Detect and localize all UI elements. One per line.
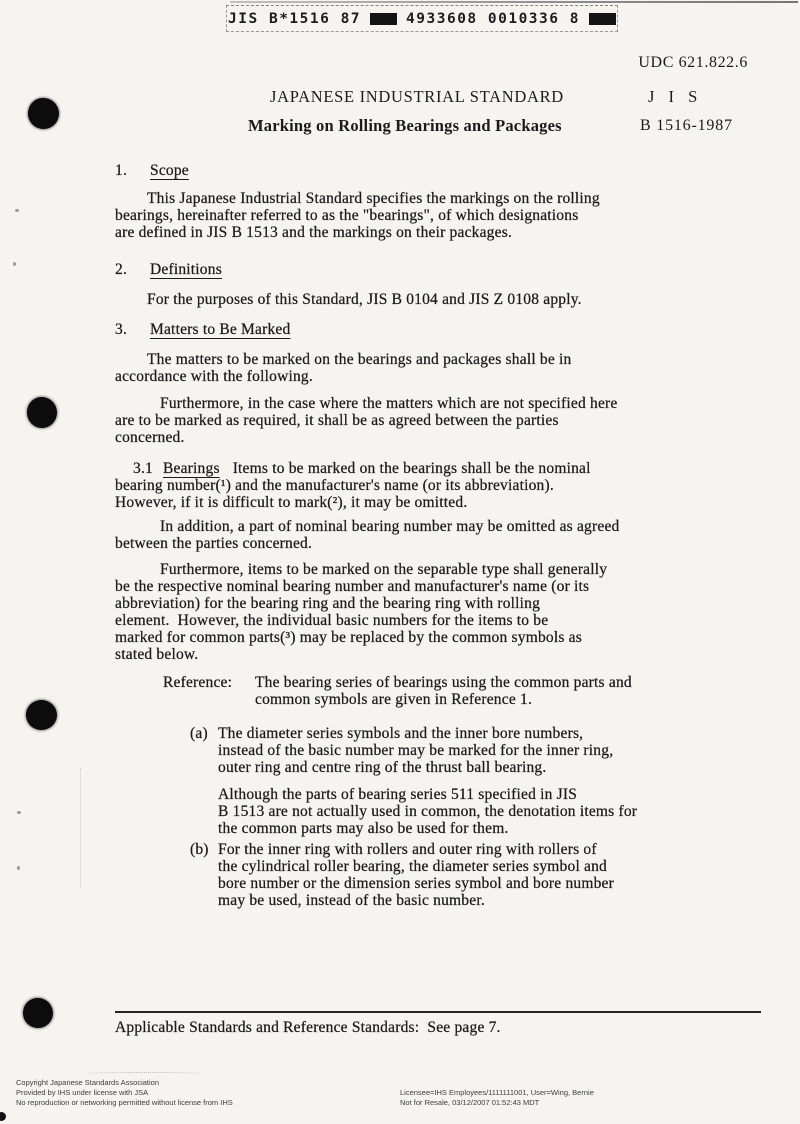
punch-hole (25, 698, 59, 731)
paragraph: For the purposes of this Standard, JIS B… (115, 292, 703, 309)
list-item-label: (a) (190, 726, 218, 837)
section-title: Definitions (150, 261, 222, 278)
document-body: 1.Scope This Japanese Industrial Standar… (115, 0, 703, 1124)
paragraph: The matters to be marked on the bearings… (115, 352, 703, 386)
scanned-document-page: JIS B*1516 87 4933608 0010336 8 UDC 621.… (0, 0, 800, 1124)
list-item-text: The diameter series symbols and the inne… (218, 726, 698, 837)
paragraph: Furthermore, items to be marked on the s… (115, 562, 703, 663)
list-item-text: For the inner ring with rollers and oute… (218, 842, 698, 910)
section-2-heading: 2.Definitions (115, 262, 703, 279)
applicable-standards-note: Applicable Standards and Reference Stand… (115, 1019, 501, 1037)
section-number: 1. (115, 163, 150, 180)
section-title: Scope (150, 162, 189, 179)
copyright-notice: Copyright Japanese Standards Association… (16, 1078, 233, 1108)
paragraph: This Japanese Industrial Standard specif… (115, 191, 703, 242)
list-item-b: (b) For the inner ring with rollers and … (190, 842, 778, 910)
paragraph: For the inner ring with rollers and oute… (218, 842, 698, 910)
section-number: 3.1 (133, 460, 153, 477)
reference-note: Reference: The bearing series of bearing… (163, 675, 751, 709)
section-3-heading: 3.Matters to Be Marked (115, 322, 703, 339)
list-item-label: (b) (190, 842, 218, 910)
scan-speck (17, 811, 21, 814)
list-item-a: (a) The diameter series symbols and the … (190, 726, 778, 837)
paragraph: Although the parts of bearing series 511… (218, 787, 698, 838)
scan-speck (13, 262, 16, 266)
punch-hole (27, 397, 57, 428)
section-1-heading: 1.Scope (115, 163, 703, 180)
margin-ghost-text (80, 768, 81, 888)
horizontal-rule (115, 1011, 761, 1013)
paragraph: The diameter series symbols and the inne… (218, 726, 698, 777)
ink-blot (0, 1112, 6, 1121)
scan-speck (17, 866, 20, 870)
section-number: 3. (115, 322, 150, 339)
punch-hole (23, 998, 53, 1028)
paragraph: In addition, a part of nominal bearing n… (115, 519, 703, 553)
section-number: 2. (115, 262, 150, 279)
section-title: Matters to Be Marked (150, 321, 290, 338)
section-title: Bearings (163, 460, 220, 477)
scan-speck (15, 209, 19, 212)
punch-hole (26, 96, 61, 131)
section-3-1-paragraph: 3.1BearingsItems to be marked on the bea… (115, 461, 703, 512)
paragraph: Furthermore, in the case where the matte… (115, 396, 703, 447)
reference-label: Reference: (163, 675, 255, 709)
reference-text: The bearing series of bearings using the… (255, 675, 707, 709)
license-notice: Licensee=IHS Employees/1111111001, User=… (400, 1088, 594, 1108)
